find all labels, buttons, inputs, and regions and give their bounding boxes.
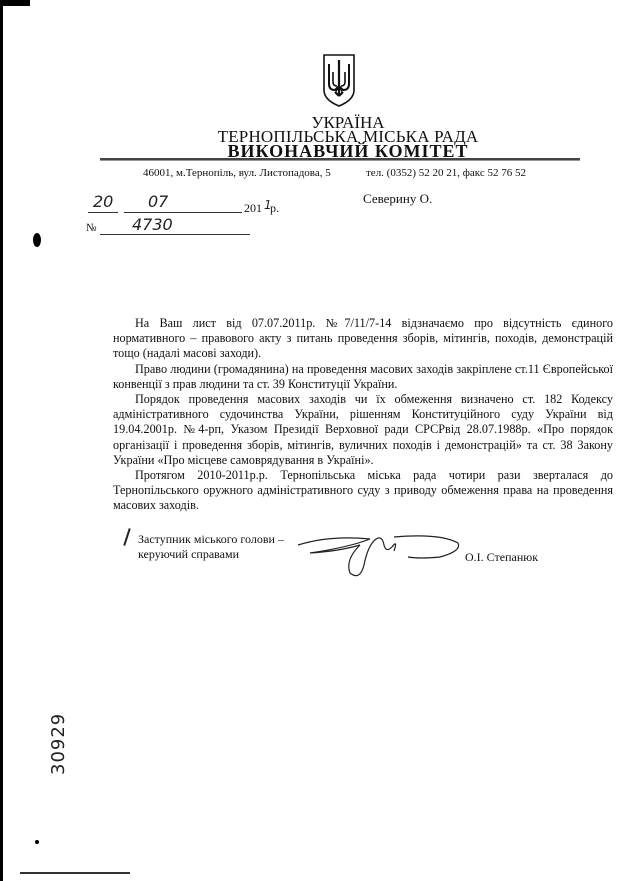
margin-stamp-number: 30929: [48, 713, 69, 775]
letterhead-address: 46001, м.Тернопіль, вул. Листопадова, 5: [143, 167, 331, 179]
number-underline: [100, 234, 250, 235]
letterhead-divider: [100, 158, 580, 161]
letter-body: На Ваш лист від 07.07.2011р. №7/11/7-14 …: [113, 316, 613, 514]
recipient: Северину О.: [363, 191, 432, 207]
handwritten-signature: [290, 525, 470, 580]
outgoing-year-unit: р.: [270, 201, 279, 216]
signatory-title: Заступник міського голови – керуючий спр…: [138, 532, 284, 562]
signatory-title-line2: керуючий справами: [138, 547, 284, 562]
trident-coat-of-arms-icon: [321, 52, 357, 108]
outgoing-year-prefix: 201: [244, 201, 262, 216]
signatory-name: О.І. Степанюк: [465, 550, 538, 565]
paragraph: Протягом 2010-2011р.р. Тернопільська міс…: [113, 468, 613, 514]
paragraph: Право людини (громадянина) на проведення…: [113, 362, 613, 392]
signatory-title-line1: Заступник міського голови –: [138, 532, 284, 547]
ink-blot: [33, 233, 41, 247]
number-value: 4730: [132, 215, 173, 234]
outgoing-day: 20: [93, 192, 113, 211]
margin-tick-mark: [123, 528, 130, 546]
day-underline: [88, 212, 118, 213]
scan-edge-left: [0, 0, 3, 881]
scan-edge-bottom: [20, 872, 130, 874]
month-underline: [124, 212, 242, 213]
paragraph: Порядок проведення масових заходів чи їх…: [113, 392, 613, 468]
number-label: №: [86, 222, 97, 234]
paragraph: На Ваш лист від 07.07.2011р. №7/11/7-14 …: [113, 316, 613, 362]
scan-edge-top: [0, 0, 30, 6]
scan-speck: [35, 840, 39, 844]
outgoing-month: 07: [148, 192, 168, 211]
letterhead-contacts: тел. (0352) 52 20 21, факс 52 76 52: [366, 167, 526, 179]
